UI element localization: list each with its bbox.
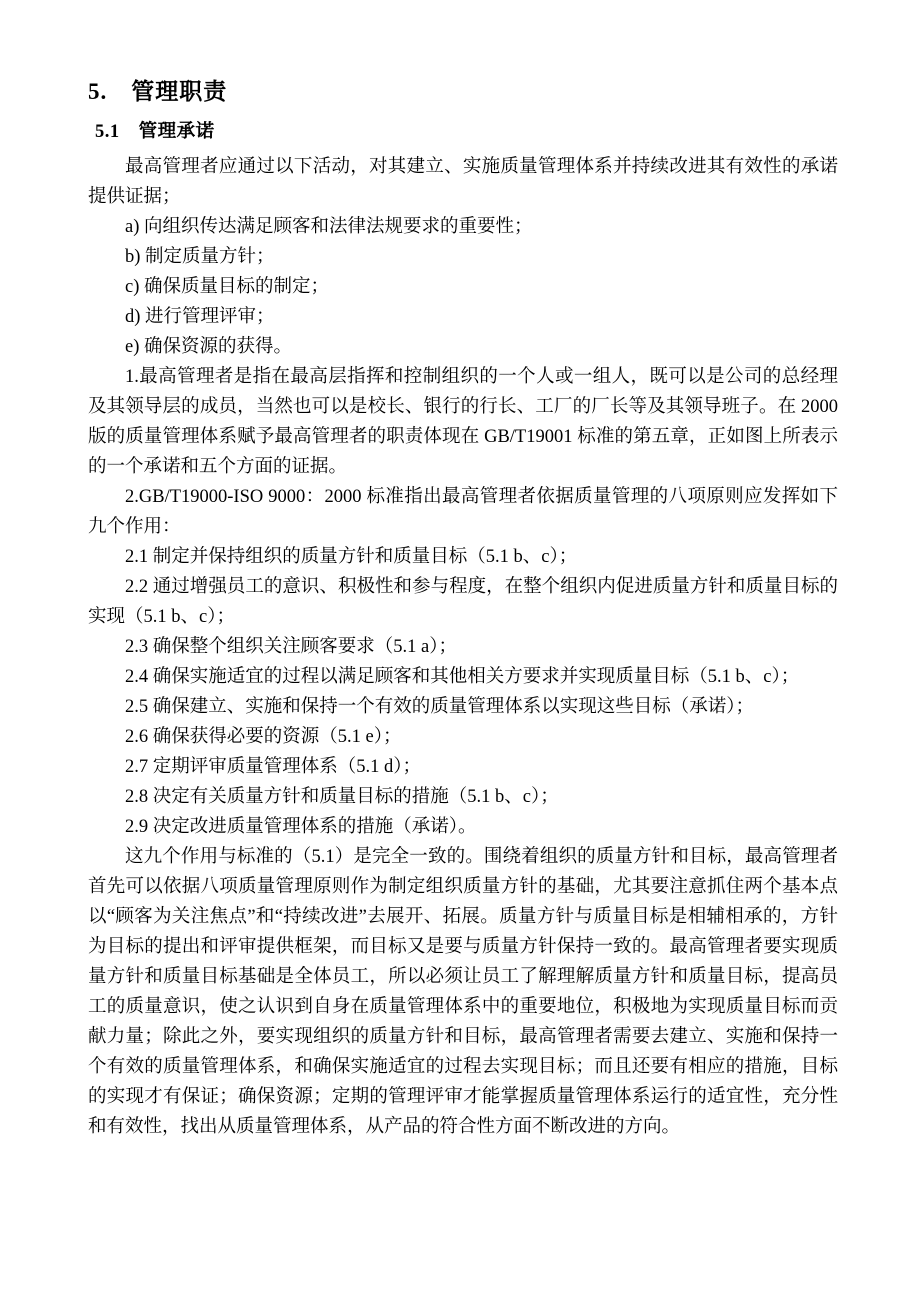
list-item-b: b) 制定质量方针； bbox=[88, 242, 838, 272]
numbered-item-2-9: 2.9 决定改进质量管理体系的措施（承诺）。 bbox=[88, 812, 838, 842]
list-item-c: c) 确保质量目标的制定； bbox=[88, 272, 838, 302]
numbered-item-2-1: 2.1 制定并保持组织的质量方针和质量目标（5.1 b、c）； bbox=[88, 542, 838, 572]
paragraph-intro: 最高管理者应通过以下活动，对其建立、实施质量管理体系并持续改进其有效性的承诺提供… bbox=[88, 152, 838, 212]
paragraph-summary: 这九个作用与标准的（5.1）是完全一致的。围绕着组织的质量方针和目标，最高管理者… bbox=[88, 842, 838, 1142]
numbered-item-2-6: 2.6 确保获得必要的资源（5.1 e）； bbox=[88, 722, 838, 752]
paragraph-1: 1.最高管理者是指在最高层指挥和控制组织的一个人或一组人，既可以是公司的总经理及… bbox=[88, 362, 838, 482]
numbered-item-2-8: 2.8 决定有关质量方针和质量目标的措施（5.1 b、c）； bbox=[88, 782, 838, 812]
subsection-heading: 5.1 管理承诺 bbox=[95, 118, 838, 146]
numbered-item-2-2: 2.2 通过增强员工的意识、积极性和参与程度，在整个组织内促进质量方针和质量目标… bbox=[88, 572, 838, 632]
section-heading: 5. 管理职责 bbox=[88, 76, 838, 108]
document-body: 5. 管理职责5.1 管理承诺最高管理者应通过以下活动，对其建立、实施质量管理体… bbox=[88, 76, 838, 1142]
numbered-item-2-4: 2.4 确保实施适宜的过程以满足顾客和其他相关方要求并实现质量目标（5.1 b、… bbox=[88, 662, 838, 692]
numbered-item-2-3: 2.3 确保整个组织关注顾客要求（5.1 a）； bbox=[88, 632, 838, 662]
numbered-item-2-5: 2.5 确保建立、实施和保持一个有效的质量管理体系以实现这些目标（承诺）； bbox=[88, 692, 838, 722]
document-page: 5. 管理职责5.1 管理承诺最高管理者应通过以下活动，对其建立、实施质量管理体… bbox=[0, 0, 920, 1302]
paragraph-2: 2.GB/T19000-ISO 9000：2000 标准指出最高管理者依据质量管… bbox=[88, 482, 838, 542]
list-item-d: d) 进行管理评审； bbox=[88, 302, 838, 332]
list-item-e: e) 确保资源的获得。 bbox=[88, 332, 838, 362]
numbered-item-2-7: 2.7 定期评审质量管理体系（5.1 d）； bbox=[88, 752, 838, 782]
list-item-a: a) 向组织传达满足顾客和法律法规要求的重要性； bbox=[88, 212, 838, 242]
